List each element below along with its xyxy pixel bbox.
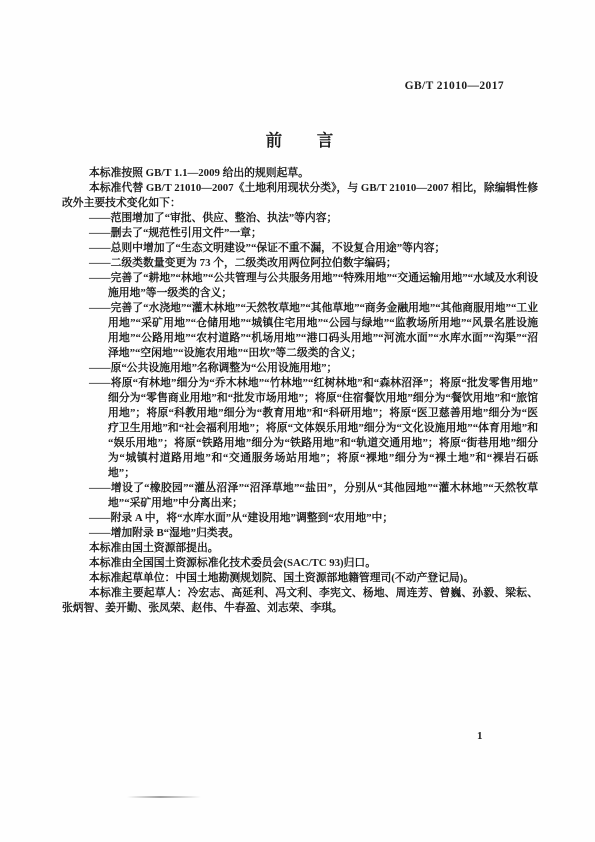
foreword-change-item: ——范围增加了“审批、供应、整治、执法”等内容； (62, 211, 538, 226)
foreword-body: 本标准按照 GB/T 1.1—2009 给出的规则起草。 本标准代替 GB/T … (62, 166, 538, 616)
foreword-change-item: ——完善了“耕地”“林地”“公共管理与公共服务用地”“特殊用地”“交通运输用地”… (62, 271, 538, 301)
document-page: GB/T 21010—2017 前言 本标准按照 GB/T 1.1—2009 给… (0, 0, 595, 842)
foreword-change-item: ——完善了“水浇地”“灌木林地”“天然牧草地”“其他草地”“商务金融用地”“其他… (62, 301, 538, 361)
page-title: 前言 (62, 127, 537, 151)
foreword-paragraph: 本标准代替 GB/T 21010—2007《土地利用现状分类》，与 GB/T 2… (62, 181, 538, 211)
page-number: 1 (477, 730, 483, 742)
foreword-change-item: ——二级类数量变更为 73 个，二级类改用两位阿拉伯数字编码； (62, 256, 538, 271)
foreword-change-item: ——增加附录 B“湿地”归类表。 (62, 526, 538, 541)
foreword-change-item: ——增设了“橡胶园”“灌丛沼泽”“沼泽草地”“盐田”，分别从“其他园地”“灌木林… (62, 481, 538, 511)
foreword-change-item: ——将原“有林地”细分为“乔木林地”“竹林地”“红树林地”和“森林沼泽”；将原“… (62, 376, 538, 481)
foreword-change-item: ——总则中增加了“生态文明建设”“保证不重不漏，不设复合用途”等内容； (62, 241, 538, 256)
foreword-paragraph: 本标准主要起草人：冷宏志、高延利、冯文利、李宪文、杨地、周连芳、曾巍、孙毅、梁耘… (62, 586, 538, 616)
foreword-change-item: ——删去了“规范性引用文件”一章； (62, 226, 538, 241)
foreword-paragraph: 本标准起草单位：中国土地勘测规划院、国土资源部地籍管理司(不动产登记局)。 (62, 571, 538, 586)
standard-number: GB/T 21010—2017 (405, 80, 504, 92)
foreword-paragraph: 本标准由全国国土资源标准化技术委员会(SAC/TC 93)归口。 (62, 556, 538, 571)
foreword-change-item: ——附录 A 中，将“水库水面”从“建设用地”调整到“农用地”中； (62, 511, 538, 526)
foreword-paragraph: 本标准由国土资源部提出。 (62, 541, 538, 556)
foreword-change-item: ——原“公共设施用地”名称调整为“公用设施用地”； (62, 361, 538, 376)
foreword-paragraph: 本标准按照 GB/T 1.1—2009 给出的规则起草。 (62, 166, 538, 181)
scan-artifact-line (127, 796, 201, 798)
